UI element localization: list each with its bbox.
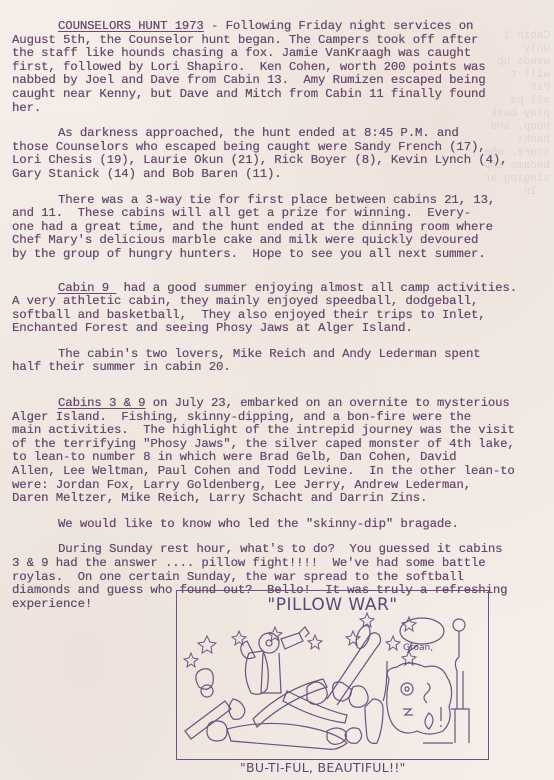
- speech-balloon-text: Groan,: [403, 643, 433, 653]
- pillow: [185, 701, 231, 739]
- counselors-hunt-paragraph-2: As darkness approached, the hunt ended a…: [12, 127, 532, 181]
- counselors-hunt-paragraph-3: There was a 3-way tie for first place be…: [12, 194, 532, 262]
- cartoon-caption: "BU-TI-FUL, BEAUTIFUL!!": [240, 760, 406, 775]
- cabins-3-9-paragraph-2: We would like to know who led the "skinn…: [12, 518, 532, 532]
- counselors-hunt-paragraph-1: COUNSELORS HUNT 1973 - Following Friday …: [12, 20, 532, 115]
- cabins-3-9-paragraph-1: Cabins 3 & 9 on July 23, embarked on an …: [12, 397, 532, 506]
- cabin-9-paragraph-2: The cabin's two lovers, Mike Reich and A…: [12, 348, 532, 375]
- cartoon-title: "PILLOW WAR": [177, 595, 488, 615]
- angry-cloud: [387, 663, 452, 734]
- pillow-war-cartoon: "PILLOW WAR": [176, 590, 489, 760]
- newsletter-body: COUNSELORS HUNT 1973 - Following Friday …: [12, 20, 532, 623]
- section-heading-cabin-9: Cabin 9: [58, 281, 116, 295]
- speech-balloon: [400, 618, 444, 644]
- section-heading-cabins-3-9: Cabins 3 & 9: [58, 396, 145, 410]
- pillow-fight-drawing: [177, 591, 488, 759]
- section-heading-counselors-hunt: COUNSELORS HUNT 1973: [58, 19, 204, 33]
- cabin-9-paragraph-1: Cabin 9 had a good summer enjoying almos…: [12, 282, 532, 336]
